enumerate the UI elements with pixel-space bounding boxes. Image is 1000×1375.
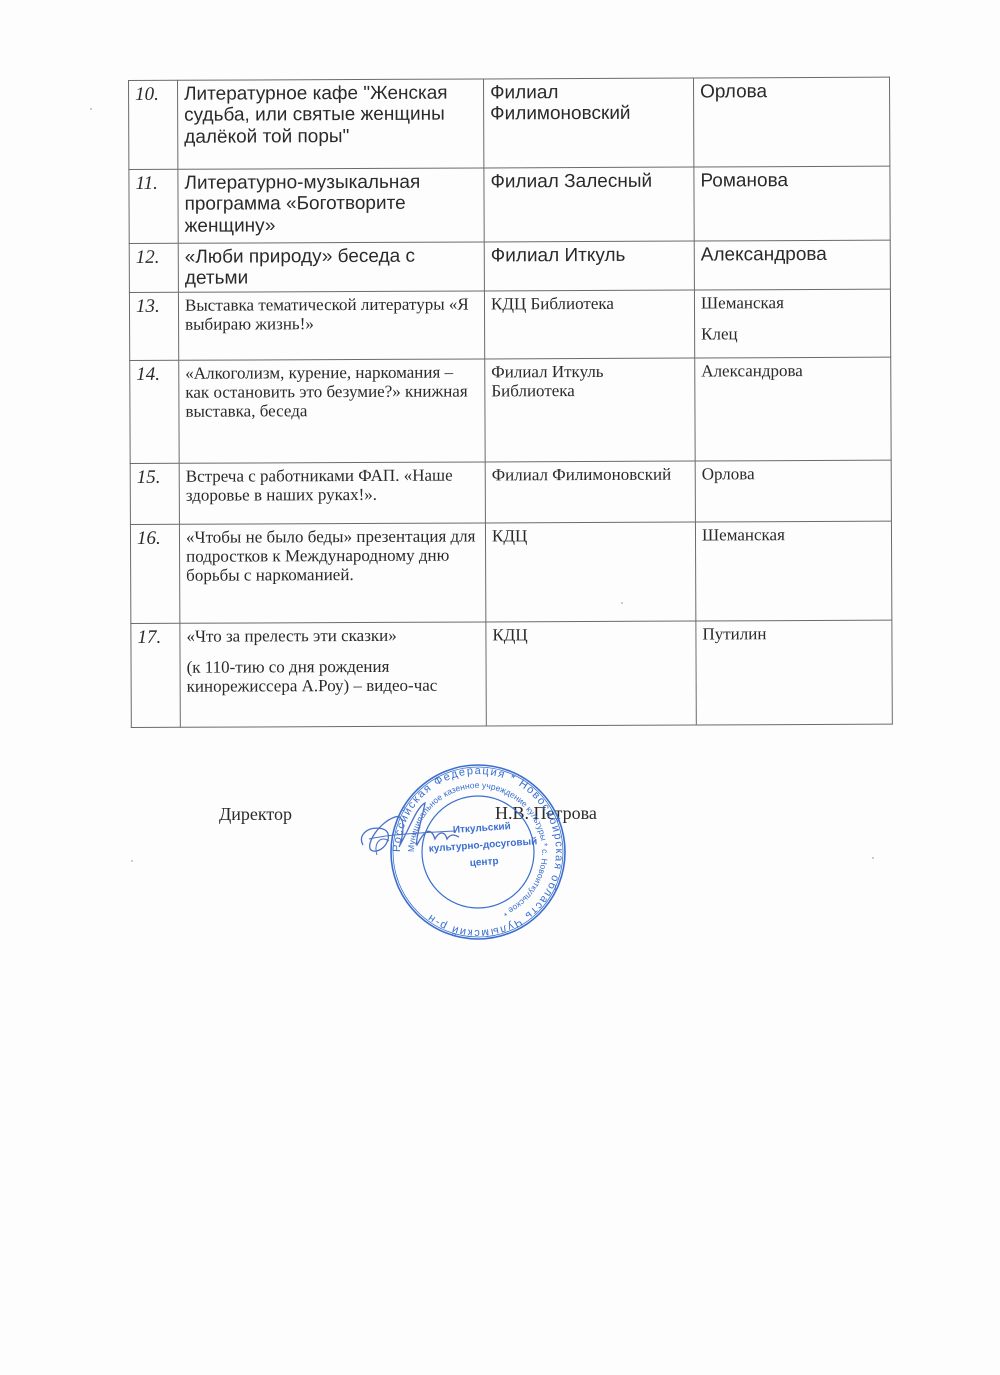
scan-noise — [131, 860, 133, 862]
event-title: «Что за прелесть эти сказки»(к 110-тию с… — [180, 622, 486, 727]
responsible-person: Орлова — [695, 460, 891, 522]
table-row: 11.Литературно-музыкальная программа «Бо… — [129, 166, 890, 243]
responsible-name: Романова — [700, 170, 885, 192]
event-title-line: Выставка тематической литературы «Я выби… — [185, 294, 480, 334]
event-title-line: Встреча с работниками ФАП. «Наше здоровь… — [186, 465, 481, 505]
table-row: 15.Встреча с работниками ФАП. «Наше здор… — [130, 460, 891, 524]
row-number: 10. — [129, 80, 178, 169]
responsible-person: ШеманскаяКлец — [694, 289, 890, 358]
scan-noise — [90, 108, 92, 110]
table-row: 12.«Люби природу» беседа с детьмиФилиал … — [129, 240, 890, 292]
event-title: «Люби природу» беседа с детьми — [178, 242, 484, 292]
event-title: Литературное кафе "Женская судьба, или с… — [178, 79, 484, 169]
signer-position: Директор — [219, 804, 292, 825]
event-location: КДЦ — [485, 522, 695, 622]
event-location: Филиал Филимоновский — [483, 78, 693, 168]
responsible-person: Шеманская — [695, 521, 891, 621]
event-title-line: «Люби природу» беседа с детьми — [185, 245, 480, 289]
responsible-person: Романова — [694, 166, 890, 241]
table-row: 17.«Что за прелесть эти сказки»(к 110-ти… — [131, 620, 892, 727]
responsible-name: Александрова — [701, 244, 886, 266]
responsible-name: Путилин — [702, 624, 887, 644]
responsible-name: Шеманская — [702, 525, 887, 545]
responsible-name: Александрова — [701, 361, 886, 381]
responsible-name: Орлова — [702, 464, 887, 484]
event-location: Филиал Иткуль — [484, 241, 694, 291]
scan-noise — [872, 857, 874, 859]
responsible-name: Клец — [701, 324, 886, 344]
event-title-line: (к 110-тию со дня рождения кинорежиссера… — [187, 657, 482, 697]
row-number: 17. — [131, 623, 180, 727]
handwritten-signature — [355, 795, 465, 865]
table-row: 16.«Чтобы не было беды» презентация для … — [130, 521, 891, 623]
row-number: 14. — [130, 360, 179, 463]
event-title: «Чтобы не было беды» презентация для под… — [179, 523, 485, 623]
event-title-line: «Алкоголизм, курение, наркомания – как о… — [185, 362, 480, 421]
table-row: 14.«Алкоголизм, курение, наркомания – ка… — [130, 357, 891, 463]
event-location: Филиал Филимоновский — [485, 461, 695, 523]
responsible-person: Александрова — [695, 357, 891, 461]
responsible-name: Шеманская — [701, 293, 886, 313]
row-number: 15. — [130, 463, 179, 524]
event-title: Встреча с работниками ФАП. «Наше здоровь… — [179, 462, 485, 524]
event-location: Филиал Иткуль Библиотека — [485, 358, 695, 462]
table-row: 10.Литературное кафе "Женская судьба, ил… — [129, 77, 890, 169]
row-number: 13. — [129, 292, 178, 360]
event-title-line: «Чтобы не было беды» презентация для под… — [186, 526, 481, 585]
scan-noise — [621, 602, 623, 604]
document-page: 10.Литературное кафе "Женская судьба, ил… — [0, 0, 1000, 1375]
event-location: КДЦ Библиотека — [484, 290, 694, 359]
responsible-person: Орлова — [693, 77, 889, 167]
event-title-line: «Что за прелесть эти сказки» — [186, 625, 481, 645]
responsible-person: Александрова — [694, 240, 890, 290]
row-number: 11. — [129, 169, 178, 243]
event-title: «Алкоголизм, курение, наркомания – как о… — [179, 359, 485, 463]
table-row: 13.Выставка тематической литературы «Я в… — [129, 289, 890, 360]
responsible-name: Орлова — [700, 81, 885, 103]
row-number: 16. — [130, 524, 179, 623]
event-title-line: Литературно-музыкальная программа «Богот… — [184, 171, 479, 237]
event-title: Литературно-музыкальная программа «Богот… — [178, 168, 484, 243]
event-location: КДЦ — [486, 621, 696, 726]
event-title: Выставка тематической литературы «Я выби… — [178, 291, 484, 360]
responsible-person: Путилин — [696, 620, 892, 725]
event-title-line: Литературное кафе "Женская судьба, или с… — [184, 82, 479, 148]
event-location: Филиал Залесный — [484, 167, 694, 242]
row-number: 12. — [129, 243, 178, 292]
events-table: 10.Литературное кафе "Женская судьба, ил… — [128, 77, 893, 728]
